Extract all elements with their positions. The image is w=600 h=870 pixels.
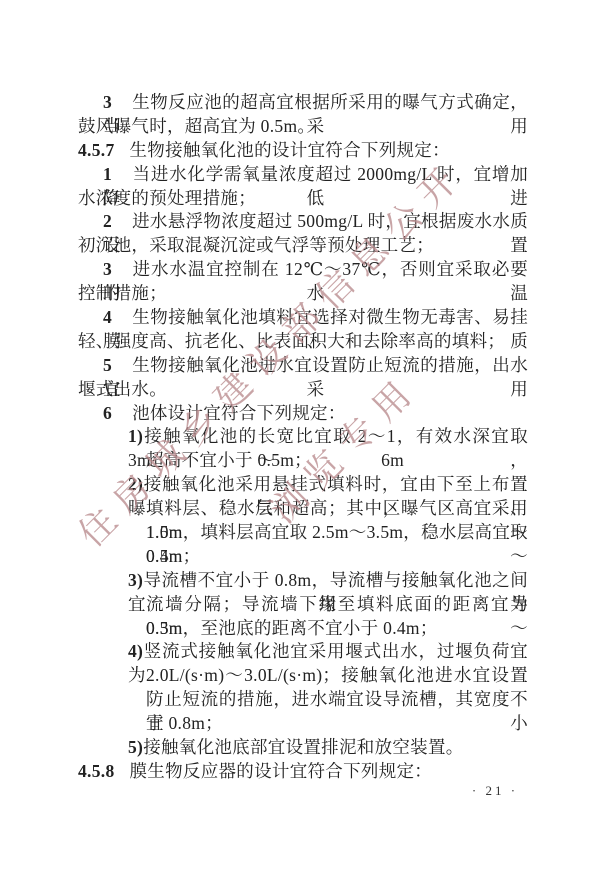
text-line: 4.5.7生物接触氧化池的设计宜符合下列规定：	[78, 139, 528, 163]
text-line: 4.5.8膜生物反应器的设计宜符合下列规定：	[78, 760, 528, 784]
text-line: 5)接触氧化池底部宜设置排泥和放空装置。	[78, 736, 528, 760]
clause-number: 1)	[128, 426, 143, 446]
clause-number: 2)	[128, 474, 143, 494]
line-text: 鼓风曝气时，超高宜为 0.5m。	[78, 116, 315, 136]
text-line: 4)竖流式接触氧化池宜采用堰式出水，过堰负荷宜为	[78, 640, 528, 664]
line-text: 初沉池，采取混凝沉淀或气浮等预处理工艺；	[78, 235, 434, 255]
text-line: 流墙分隔；导流墙下缘至填料底面的距离宜为 0.3m～	[78, 593, 528, 617]
clause-number: 2	[103, 211, 112, 231]
text-line: 6池体设计宜符合下列规定：	[78, 402, 528, 426]
clause-number: 4)	[128, 641, 143, 661]
line-text: 堰式出水。	[78, 379, 167, 399]
line-text: 轻、强度高、抗老化、比表面积大和去除率高的填料；	[78, 331, 505, 351]
line-text: 接触氧化池底部宜设置排泥和放空装置。	[143, 737, 463, 757]
text-line: 2进水悬浮物浓度超过 500mg/L 时，宜根据废水水质设置	[78, 210, 528, 234]
clause-number: 1	[103, 164, 112, 184]
clause-number: 4.5.8	[78, 761, 115, 781]
text-line: 2)接触氧化池采用悬挂式填料时，宜由下至上布置曝气区、	[78, 473, 528, 497]
line-text: 0.5m；	[146, 546, 201, 566]
clause-number: 6	[103, 403, 112, 423]
text-line: 4生物接触氧化池填料宜选择对微生物无毒害、易挂膜、质	[78, 306, 528, 330]
text-line: 1当进水化学需氧量浓度超过 2000mg/L 时，宜增加降低进	[78, 163, 528, 187]
line-text: 于 0.8m；	[146, 713, 223, 733]
line-text: 水浓度的预处理措施；	[78, 188, 256, 208]
line-text: 膜生物反应器的设计宜符合下列规定：	[130, 761, 433, 781]
clause-number: 3)	[128, 570, 143, 590]
line-text: 2.0L/(s·m)～3.0L/(s·m)；接触氧化池进水宜设置	[146, 665, 528, 685]
clause-number: 5)	[128, 737, 143, 757]
page-number: · 21 ·	[455, 783, 535, 799]
text-line: 轻、强度高、抗老化、比表面积大和去除率高的填料；	[78, 330, 528, 354]
text-line: 防止短流的措施，进水端宜设导流槽，其宽度不宜小	[78, 688, 528, 712]
line-text: 超高不宜小于 0.5m；	[146, 450, 312, 470]
document-body: 3生物反应池的超高宜根据所采用的曝气方式确定，当采用鼓风曝气时，超高宜为 0.5…	[78, 91, 528, 784]
text-line: 3生物反应池的超高宜根据所采用的曝气方式确定，当采用	[78, 91, 528, 115]
clause-number: 4.5.7	[78, 140, 115, 160]
text-line: 2.0L/(s·m)～3.0L/(s·m)；接触氧化池进水宜设置	[78, 664, 528, 688]
clause-number: 4	[103, 307, 112, 327]
clause-number: 5	[103, 355, 112, 375]
document-page: 3生物反应池的超高宜根据所采用的曝气方式确定，当采用鼓风曝气时，超高宜为 0.5…	[0, 0, 600, 870]
line-text: 生物接触氧化池的设计宜符合下列规定：	[130, 140, 450, 160]
text-line: 1.5m，填料层高宜取 2.5m～3.5m，稳水层高宜取 0.4m～	[78, 521, 528, 545]
text-line: 填料层、稳水层和超高；其中，曝气区高宜采用 1.0m～	[78, 497, 528, 521]
text-line: 1)接触氧化池的长宽比宜取 2～1，有效水深宜取 3m～6m，	[78, 425, 528, 449]
text-line: 3)导流槽不宜小于 0.8m，导流槽与接触氧化池之间宜用导	[78, 569, 528, 593]
clause-number: 3	[103, 92, 112, 112]
clause-number: 3	[103, 259, 112, 279]
line-text: 1.5m，填料层高宜取 2.5m～3.5m，稳水层高宜取 0.4m～	[146, 522, 528, 566]
line-text: 池体设计宜符合下列规定：	[132, 403, 346, 423]
line-text: 控制措施；	[78, 283, 167, 303]
text-line: 5生物接触氧化池进水宜设置防止短流的措施，出水宜采用	[78, 354, 528, 378]
line-text: 0.5m，至池底的距离不宜小于 0.4m；	[146, 618, 438, 638]
text-line: 3进水水温宜控制在 12℃～37℃，否则宜采取必要的水温	[78, 258, 528, 282]
